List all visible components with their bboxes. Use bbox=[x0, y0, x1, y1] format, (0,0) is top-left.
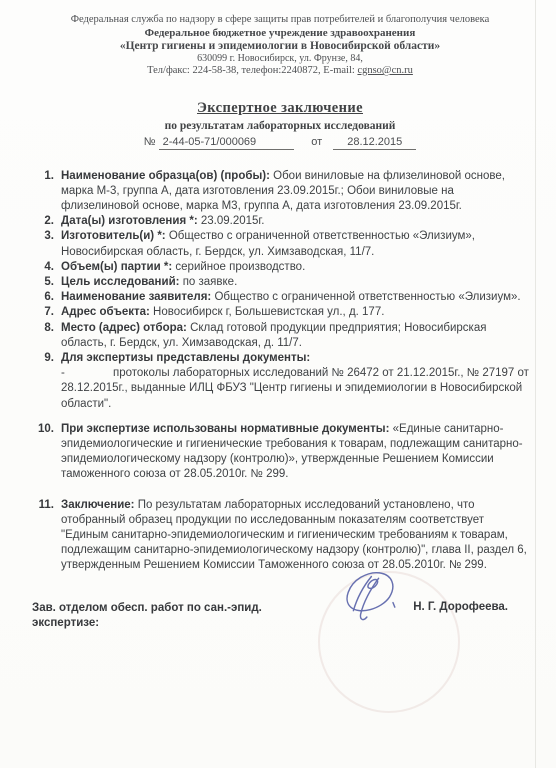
item-number: 9. bbox=[30, 351, 54, 412]
item-label: Заключение: bbox=[61, 499, 135, 511]
list-item: 2. Дата(ы) изготовления *: 23.09.2015г. bbox=[30, 214, 530, 229]
item-label: Адрес объекта: bbox=[61, 306, 150, 318]
item-number: 6. bbox=[30, 290, 54, 305]
institution-name: «Центр гигиены и эпидемиологии в Новосиб… bbox=[30, 40, 530, 54]
signature-icon bbox=[330, 567, 402, 631]
item-label: Наименование заявителя: bbox=[61, 291, 211, 303]
signatory-role-line1: Зав. отделом обесп. работ по сан.-эпид. bbox=[32, 601, 332, 617]
number-sign: № bbox=[144, 136, 156, 148]
item-text: Новосибирск г, Большевистская ул., д. 17… bbox=[153, 306, 384, 318]
list-item: 8. Место (адрес) отбора: Склад готовой п… bbox=[30, 321, 530, 351]
contacts-text: Тел/факс: 224-58-38, телефон:2240872, E-… bbox=[147, 65, 357, 76]
item-body: Объем(ы) партии *: серийное производство… bbox=[61, 260, 530, 275]
item-body: Для экспертизы представлены документы: -… bbox=[61, 351, 530, 412]
items-list: 1. Наименование образца(ов) (пробы): Обо… bbox=[30, 169, 530, 574]
signature-block: Зав. отделом обесп. работ по сан.-эпид. … bbox=[30, 601, 530, 691]
item-label: Дата(ы) изготовления *: bbox=[61, 215, 198, 227]
document-number-line: № 2-44-05-71/000069 от 28.12.2015 bbox=[30, 136, 530, 150]
document-subtitle: по результатам лабораторных исследований bbox=[30, 120, 530, 132]
list-item: 10. При экспертизе использованы норматив… bbox=[30, 422, 530, 483]
document-page: Федеральная служба по надзору в сфере за… bbox=[0, 0, 556, 768]
item-number: 11. bbox=[30, 498, 54, 574]
letterhead: Федеральная служба по надзору в сфере за… bbox=[30, 14, 530, 78]
item-body: Заключение: По результатам лабораторных … bbox=[61, 498, 530, 574]
list-item: 5. Цель исследований: по заявке. bbox=[30, 275, 530, 290]
signatory-name: Н. Г. Дорофеева. bbox=[413, 601, 508, 613]
item-number: 10. bbox=[30, 422, 54, 483]
item-body: Дата(ы) изготовления *: 23.09.2015г. bbox=[61, 214, 530, 229]
item-label: Объем(ы) партии *: bbox=[61, 261, 172, 273]
item-label: Для экспертизы представлены документы: bbox=[61, 352, 310, 364]
document-number-field: 2-44-05-71/000069 bbox=[159, 136, 295, 150]
item-text: 23.09.2015г. bbox=[201, 215, 265, 227]
list-item: 7. Адрес объекта: Новосибирск г, Большев… bbox=[30, 305, 530, 320]
title-block: Экспертное заключение по результатам лаб… bbox=[30, 100, 530, 150]
item-body: Адрес объекта: Новосибирск г, Большевист… bbox=[61, 305, 530, 320]
institution-type: Федеральное бюджетное учреждение здравоо… bbox=[30, 27, 530, 40]
list-item: 9. Для экспертизы представлены документы… bbox=[30, 351, 530, 412]
list-item: 1. Наименование образца(ов) (пробы): Обо… bbox=[30, 169, 530, 215]
item-label: Наименование образца(ов) (пробы): bbox=[61, 170, 270, 182]
list-item: 4. Объем(ы) партии *: серийное производс… bbox=[30, 260, 530, 275]
list-item: 11. Заключение: По результатам лаборатор… bbox=[30, 498, 530, 574]
agency-name: Федеральная служба по надзору в сфере за… bbox=[30, 14, 530, 27]
item-number: 5. bbox=[30, 275, 54, 290]
item-number: 4. bbox=[30, 260, 54, 275]
dash-bullet: - bbox=[61, 366, 113, 381]
item-number: 3. bbox=[30, 229, 54, 259]
signatory-role: Зав. отделом обесп. работ по сан.-эпид. … bbox=[32, 601, 332, 632]
item-label: Место (адрес) отбора: bbox=[61, 322, 187, 334]
item-body: Наименование образца(ов) (пробы): Обои в… bbox=[61, 169, 530, 215]
item-number: 2. bbox=[30, 214, 54, 229]
item-body: Цель исследований: по заявке. bbox=[61, 275, 530, 290]
list-item: 6. Наименование заявителя: Общество с ог… bbox=[30, 290, 530, 305]
list-item: 3. Изготовитель(и) *: Общество с огранич… bbox=[30, 229, 530, 259]
document-title: Экспертное заключение bbox=[30, 100, 530, 117]
item-body: Изготовитель(и) *: Общество с ограниченн… bbox=[61, 229, 530, 259]
item-body: Наименование заявителя: Общество с огран… bbox=[61, 290, 530, 305]
item-number: 1. bbox=[30, 169, 54, 215]
item-body: Место (адрес) отбора: Склад готовой прод… bbox=[61, 321, 530, 351]
item-text: серийное производство. bbox=[175, 261, 305, 273]
email-link: cgnso@cn.ru bbox=[357, 65, 412, 76]
item-label: При экспертизе использованы нормативные … bbox=[61, 423, 389, 435]
item-body: При экспертизе использованы нормативные … bbox=[61, 422, 530, 483]
item-number: 7. bbox=[30, 305, 54, 320]
item-subline: -протоколы лабораторных исследований № 2… bbox=[61, 366, 530, 412]
page-edge-line bbox=[535, 0, 536, 768]
document-date-field: 28.12.2015 bbox=[333, 136, 416, 150]
item-label: Цель исследований: bbox=[61, 276, 179, 288]
institution-contacts: Тел/факс: 224-58-38, телефон:2240872, E-… bbox=[30, 65, 530, 78]
item-label: Изготовитель(и) *: bbox=[61, 230, 166, 242]
item-text: протоколы лабораторных исследований № 26… bbox=[61, 367, 529, 409]
item-text: Общество с ограниченной ответственностью… bbox=[214, 291, 520, 303]
item-text: по заявке. bbox=[183, 276, 238, 288]
institution-address: 630099 г. Новосибирск, ул. Фрунзе, 84, bbox=[30, 53, 530, 65]
signatory-role-line2: экспертизе: bbox=[32, 616, 332, 632]
of-label: от bbox=[311, 136, 322, 148]
item-number: 8. bbox=[30, 321, 54, 351]
